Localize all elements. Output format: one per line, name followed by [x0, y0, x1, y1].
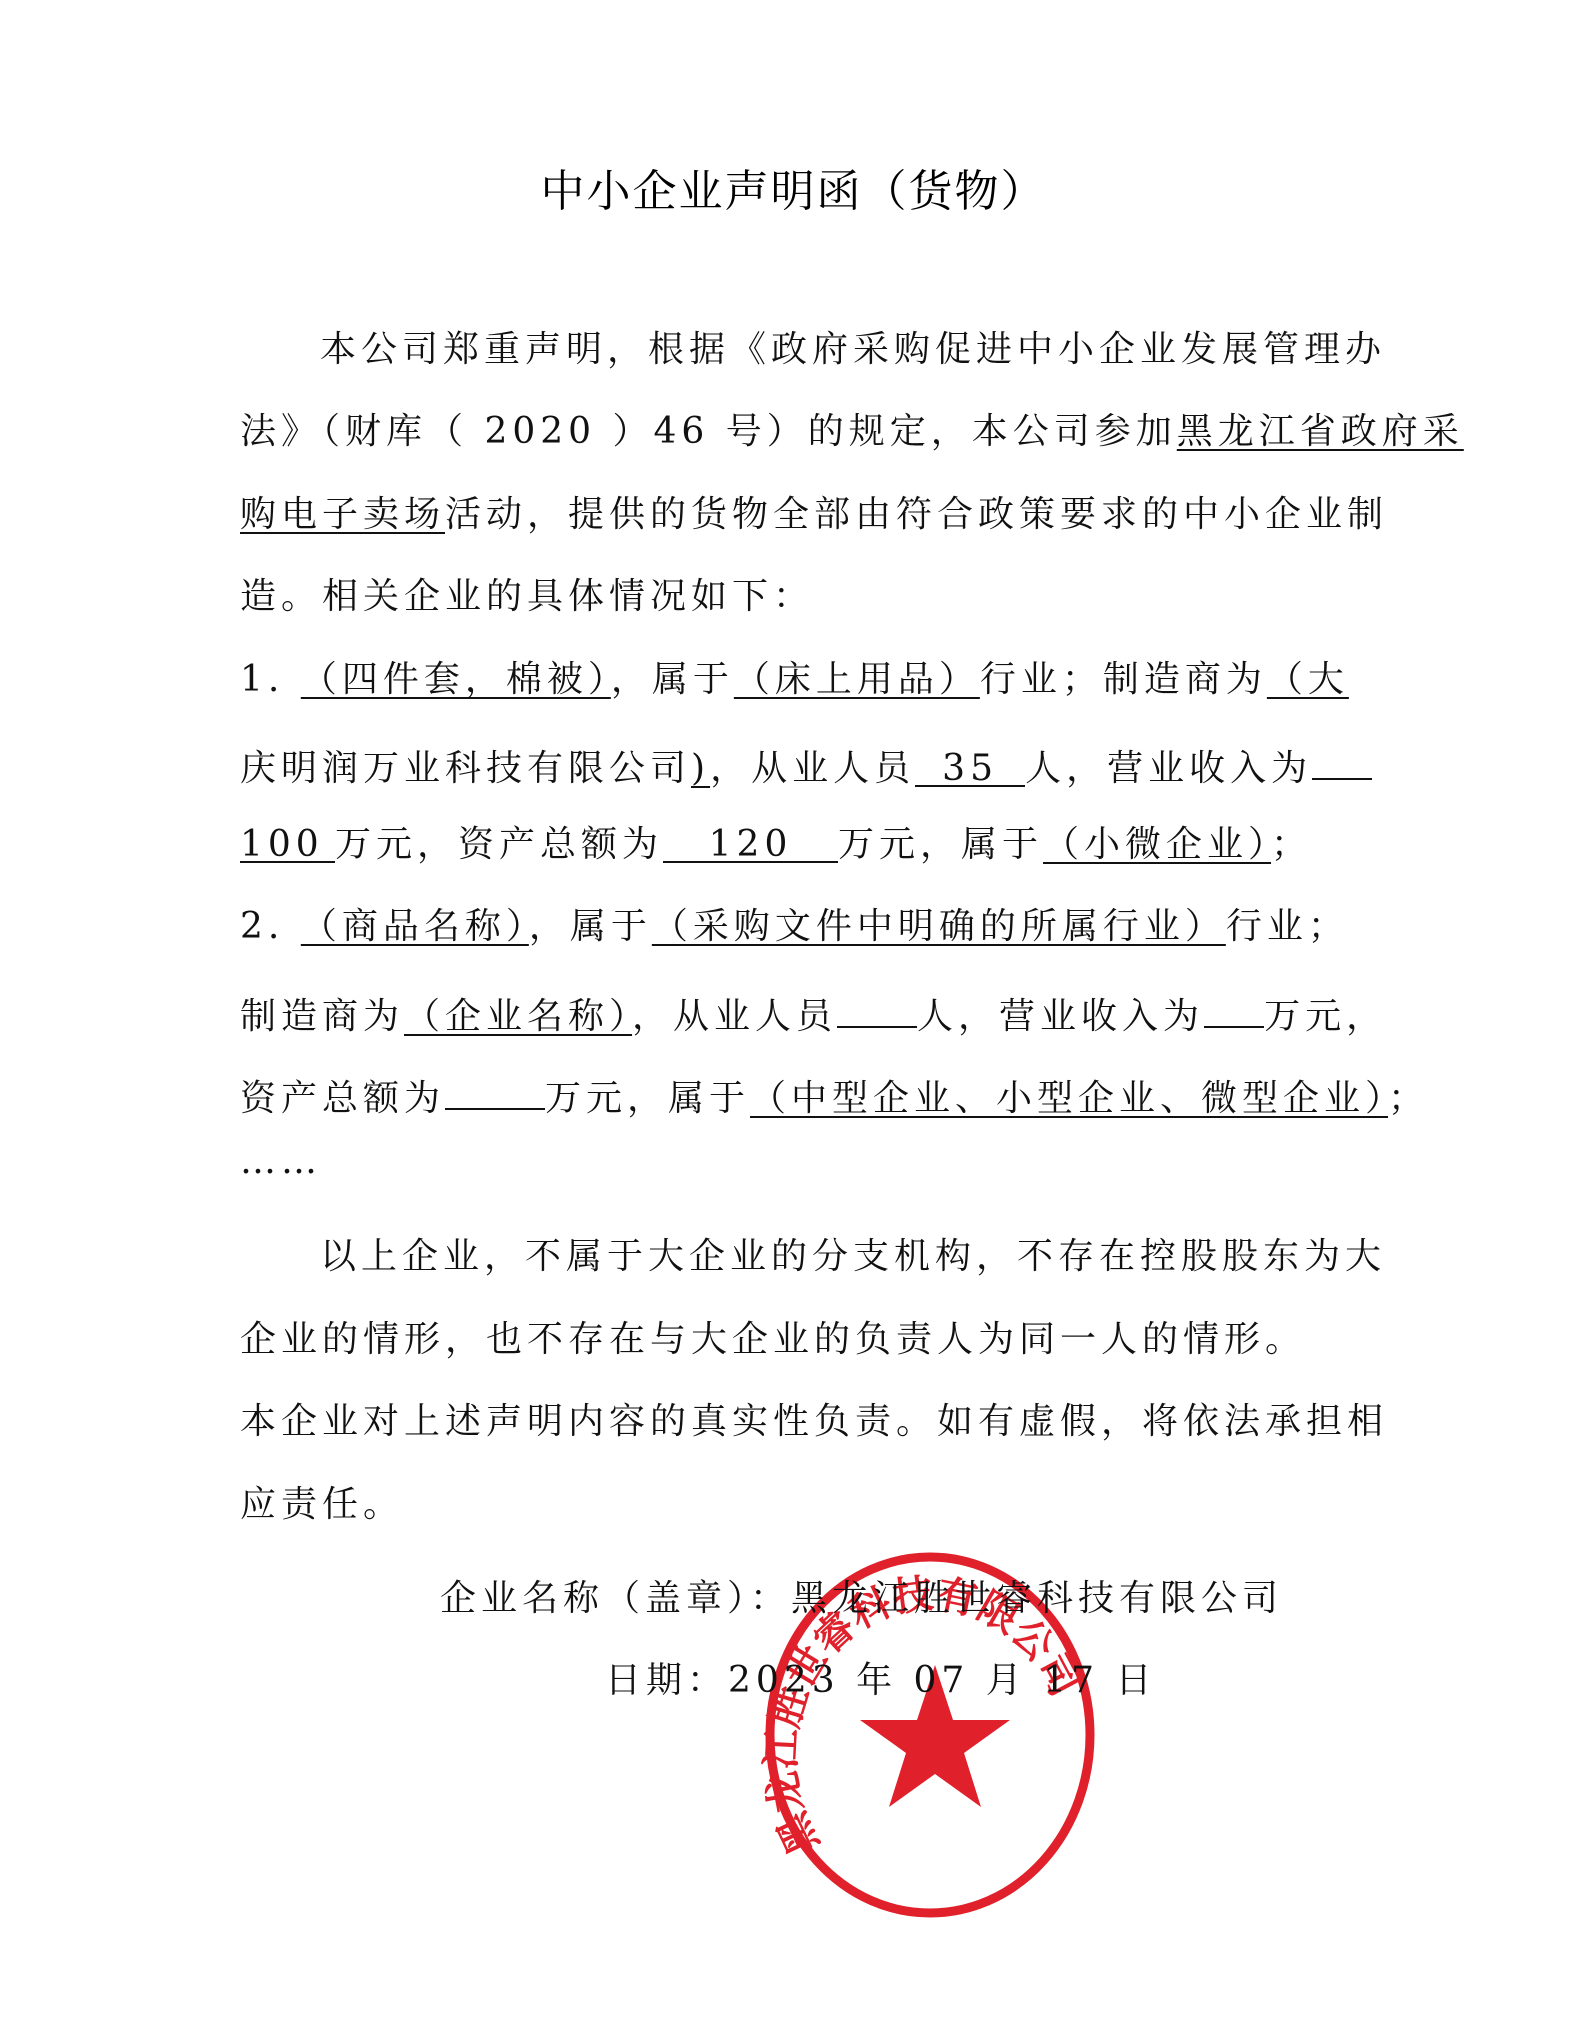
industry: （采购文件中明确的所属行业） — [652, 906, 1226, 947]
intro-line-1: 本公司郑重声明，根据《政府采购促进中小企业发展管理办 — [320, 328, 1386, 372]
signature-company: 企业名称（盖章）：黑龙江胜世睿科技有限公司 — [440, 1570, 1283, 1621]
label-text: 行业；制造商为 — [980, 659, 1267, 700]
label-text: ，从业人员 — [710, 748, 915, 789]
enterprise-size: （小微企业） — [1043, 824, 1271, 865]
intro-line-2: 法》（财库（ 2020 ）46 号）的规定，本公司参加黑龙江省政府采 — [240, 410, 1464, 454]
item-1-line-2: 庆明润万业科技有限公司)，从业人员35人，营业收入为 — [240, 740, 1372, 791]
declaration-line-1: 以上企业，不属于大企业的分支机构，不存在控股股东为大 — [320, 1235, 1386, 1279]
label-text: 万元，资产总额为 — [335, 824, 663, 865]
intro-text: 法》（财库（ 2020 ）46 号）的规定，本公司参加 — [240, 411, 1177, 452]
label-text: ，属于 — [529, 906, 652, 947]
item-2-line-1: 2. （商品名称），属于（采购文件中明确的所属行业）行业； — [240, 905, 1349, 949]
ellipsis: …… — [240, 1140, 322, 1184]
manufacturer-name: （企业名称） — [404, 996, 632, 1037]
staff-count-blank — [837, 988, 917, 1028]
date-label: 日期： — [605, 1660, 728, 1701]
label-text: 人，营业收入为 — [917, 996, 1204, 1037]
assets-blank — [445, 1070, 545, 1110]
industry: （床上用品） — [734, 659, 980, 700]
procurement-platform-text: 购电子卖场 — [240, 494, 445, 535]
item-1-line-1: 1. （四件套，棉被），属于（床上用品）行业；制造商为（大 — [240, 658, 1349, 702]
manufacturer-part: （大 — [1267, 659, 1349, 700]
company-name: 黑龙江胜世睿科技有限公司 — [791, 1578, 1283, 1619]
goods-name: （四件套，棉被） — [301, 659, 611, 700]
item-2-line-3: 资产总额为万元，属于（中型企业、小型企业、微型企业）； — [240, 1070, 1429, 1121]
label-text: ，从业人员 — [632, 996, 837, 1037]
responsibility-line-2: 应责任。 — [240, 1483, 404, 1527]
procurement-platform-text: 黑龙江省政府采 — [1177, 411, 1464, 452]
label-text: 万元，属于 — [545, 1078, 750, 1119]
label-text: ； — [1271, 824, 1312, 865]
signature-date: 日期：2023 年 07 月 17 日 — [605, 1652, 1156, 1703]
enterprise-size: （中型企业、小型企业、微型企业） — [750, 1078, 1388, 1119]
responsibility-line-1: 本企业对上述声明内容的真实性负责。如有虚假，将依法承担相 — [240, 1400, 1388, 1444]
goods-name: （商品名称） — [301, 906, 529, 947]
blank-line — [1312, 740, 1372, 780]
item-number: 2. — [240, 906, 284, 947]
intro-line-4: 造。相关企业的具体情况如下： — [240, 575, 814, 619]
company-label: 企业名称（盖章）： — [440, 1578, 791, 1619]
intro-text: 活动，提供的货物全部由符合政策要求的中小企业制 — [445, 494, 1388, 535]
label-text: ； — [1388, 1078, 1429, 1119]
document-title: 中小企业声明函（货物） — [0, 155, 1587, 219]
label-text: 资产总额为 — [240, 1078, 445, 1119]
item-2-line-2: 制造商为（企业名称），从业人员人，营业收入为万元， — [240, 988, 1387, 1039]
staff-count: 35 — [915, 747, 1025, 787]
declaration-line-2: 企业的情形，也不存在与大企业的负责人为同一人的情形。 — [240, 1318, 1306, 1362]
label-text: 制造商为 — [240, 996, 404, 1037]
item-number: 1. — [240, 659, 284, 700]
label-text: ，属于 — [611, 659, 734, 700]
intro-line-3: 购电子卖场活动，提供的货物全部由符合政策要求的中小企业制 — [240, 493, 1388, 537]
label-text: 行业； — [1226, 906, 1349, 947]
manufacturer-name: 庆明润万业科技有限公司 — [240, 748, 691, 789]
revenue: 100 — [240, 823, 335, 863]
label-text: 人，营业收入为 — [1025, 748, 1312, 789]
manufacturer-close: ) — [691, 748, 710, 789]
label-text: 万元，属于 — [838, 824, 1043, 865]
label-text: 万元， — [1264, 996, 1387, 1037]
total-assets: 120 — [663, 823, 838, 863]
revenue-blank — [1204, 988, 1264, 1028]
item-1-line-3: 100万元，资产总额为120万元，属于（小微企业）； — [240, 823, 1312, 867]
date-value: 2023 年 07 月 17 日 — [728, 1660, 1156, 1701]
